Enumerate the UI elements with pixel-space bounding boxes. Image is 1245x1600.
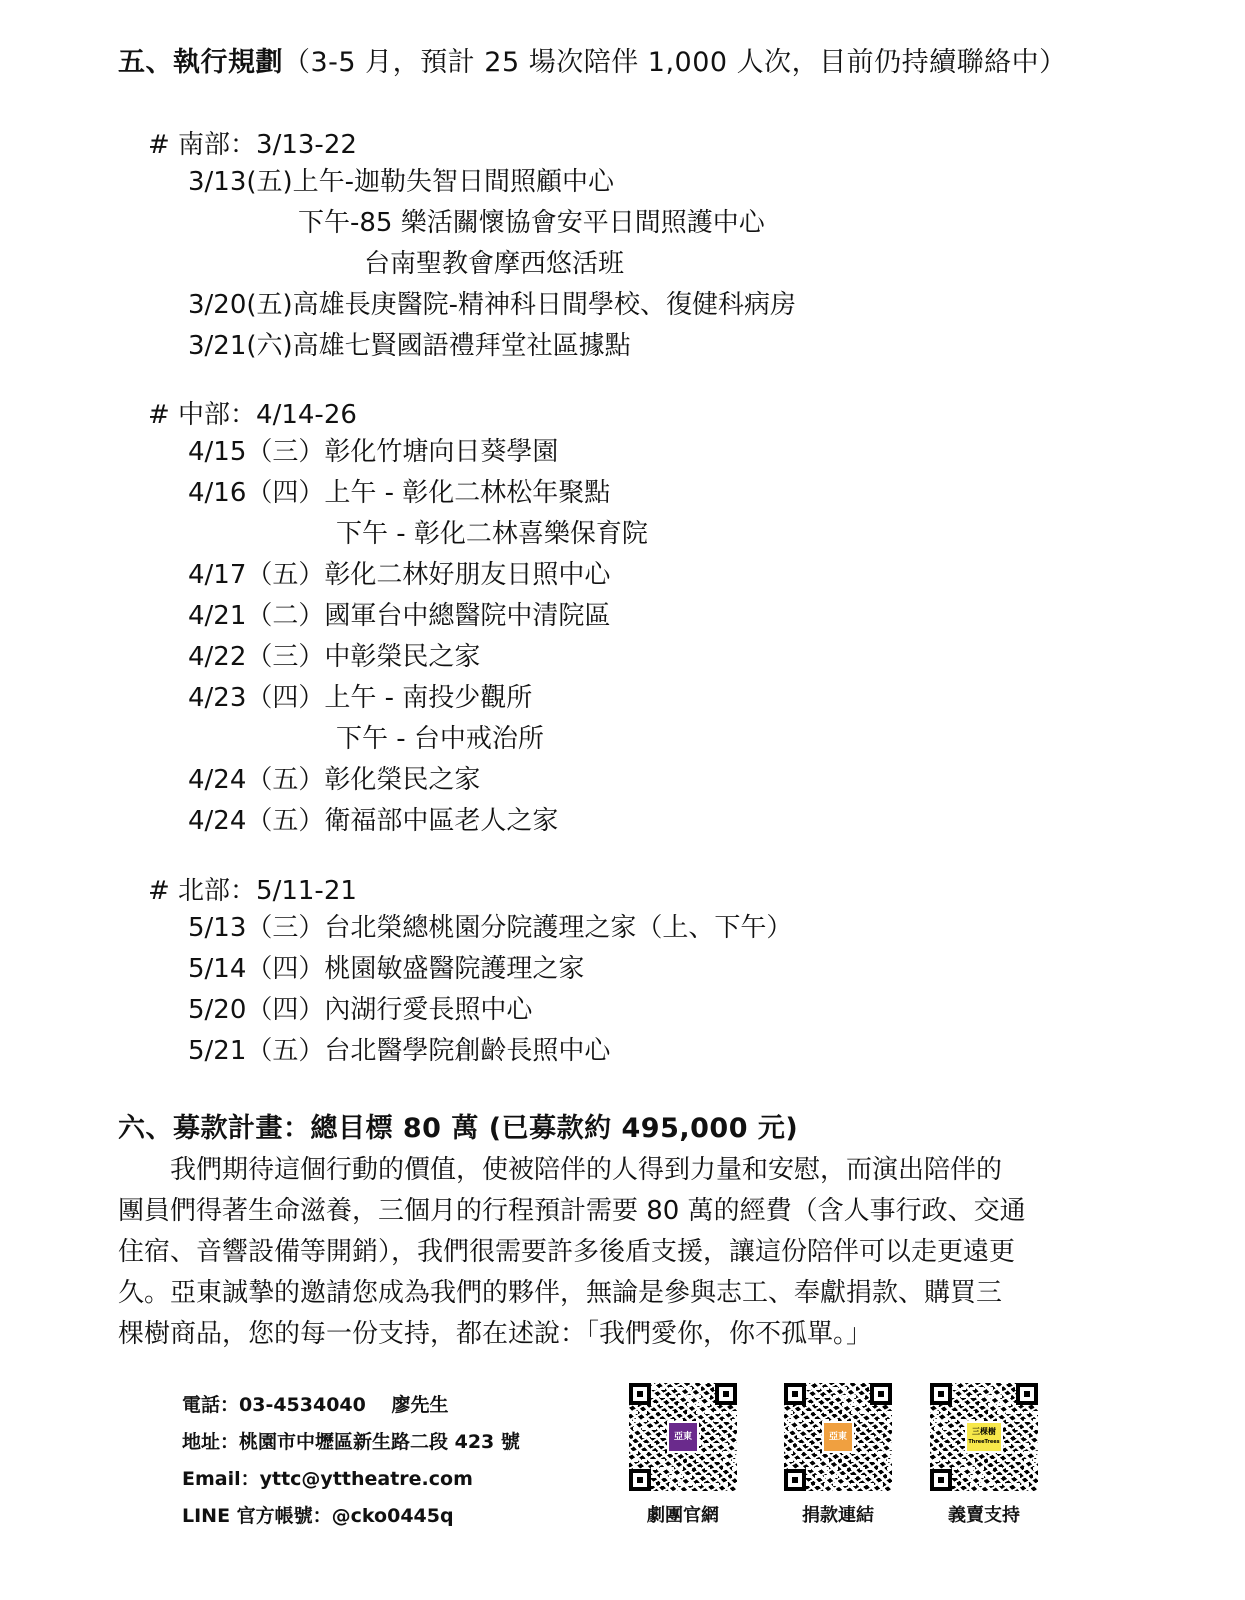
contact-phone: 電話：03-4534040 廖先生 (182, 1390, 448, 1417)
schedule-row: 5/14（四）桃園敏盛醫院護理之家 (188, 953, 584, 985)
qr-code-donation[interactable]: 亞東 (784, 1383, 892, 1491)
qr-label-charity-sale: 義賣支持 (928, 1501, 1040, 1527)
schedule-row: 3/20(五)高雄長庚醫院-精神科日間學校、復健科病房 (188, 289, 796, 321)
paragraph-line: 棵樹商品，您的每一份支持，都在述說：「我們愛你，你不孤單。」 (118, 1314, 1108, 1355)
paragraph-line: 久。亞東誠摯的邀請您成為我們的夥伴，無論是參與志工、奉獻捐款、購買三 (118, 1273, 1108, 1314)
region-heading-central: # 中部：4/14-26 (148, 394, 357, 431)
schedule-row: 下午 - 彰化二林喜樂保育院 (336, 518, 648, 550)
schedule-row: 4/22（三）中彰榮民之家 (188, 641, 480, 673)
schedule-row: 4/24（五）衛福部中區老人之家 (188, 805, 558, 837)
qr-code-website[interactable]: 亞東 (629, 1383, 737, 1491)
schedule-row: 下午 - 台中戒治所 (336, 723, 544, 755)
region-heading-north: # 北部：5/11-21 (148, 870, 357, 907)
section-5-title: 五、執行規劃 (118, 47, 283, 78)
three-trees-logo-icon: 三棵樹 ThreeTrees (965, 1421, 1003, 1453)
contact-email[interactable]: Email：yttc@yttheatre.com (182, 1464, 473, 1491)
section-5-heading: 五、執行規劃（3-5 月，預計 25 場次陪伴 1,000 人次，目前仍持續聯絡… (118, 40, 1067, 79)
paragraph-line: 我們期待這個行動的價值，使被陪伴的人得到力量和安慰，而演出陪伴的 (118, 1150, 1108, 1191)
qr-block-website: 亞東 劇團官網 (627, 1383, 739, 1527)
qr-block-charity-sale: 三棵樹 ThreeTrees 義賣支持 (928, 1383, 1040, 1527)
qr-code-charity-sale[interactable]: 三棵樹 ThreeTrees (930, 1383, 1038, 1491)
theatre-logo-icon: 亞東 (667, 1421, 699, 1453)
schedule-row: 台南聖教會摩西悠活班 (364, 248, 624, 280)
section-6-heading: 六、募款計畫：總目標 80 萬 (已募款約 495,000 元) (118, 1106, 798, 1145)
schedule-row: 3/13(五)上午-迦勒失智日間照顧中心 (188, 166, 614, 198)
schedule-row: 4/21（二）國軍台中總醫院中清院區 (188, 600, 610, 632)
schedule-row: 4/15（三）彰化竹塘向日葵學園 (188, 436, 558, 468)
schedule-row: 5/20（四）內湖行愛長照中心 (188, 994, 532, 1026)
contact-line[interactable]: LINE 官方帳號：@cko0445q (182, 1501, 454, 1528)
schedule-row: 4/23（四）上午 - 南投少觀所 (188, 682, 532, 714)
contact-address: 地址：桃園市中壢區新生路二段 423 號 (182, 1427, 520, 1454)
qr-label-donation: 捐款連結 (782, 1501, 894, 1527)
schedule-row: 3/21(六)高雄七賢國語禮拜堂社區據點 (188, 330, 631, 362)
section-5-subtitle: （3-5 月，預計 25 場次陪伴 1,000 人次，目前仍持續聯絡中） (283, 47, 1067, 78)
fundraising-paragraph: 我們期待這個行動的價值，使被陪伴的人得到力量和安慰，而演出陪伴的 團員們得著生命… (118, 1150, 1108, 1355)
qr-block-donation: 亞東 捐款連結 (782, 1383, 894, 1527)
schedule-row: 5/13（三）台北榮總桃園分院護理之家（上、下午） (188, 912, 792, 944)
schedule-row: 4/17（五）彰化二林好朋友日照中心 (188, 559, 610, 591)
schedule-row: 4/16（四）上午 - 彰化二林松年聚點 (188, 477, 610, 509)
theatre-logo-icon: 亞東 (822, 1421, 854, 1453)
schedule-row: 4/24（五）彰化榮民之家 (188, 764, 480, 796)
schedule-row: 下午-85 樂活關懷協會安平日間照護中心 (298, 207, 765, 239)
paragraph-line: 住宿、音響設備等開銷），我們很需要許多後盾支援，讓這份陪伴可以走更遠更 (118, 1232, 1108, 1273)
region-heading-south: # 南部：3/13-22 (148, 124, 357, 161)
schedule-row: 5/21（五）台北醫學院創齡長照中心 (188, 1035, 610, 1067)
paragraph-line: 團員們得著生命滋養，三個月的行程預計需要 80 萬的經費（含人事行政、交通 (118, 1191, 1108, 1232)
qr-label-website: 劇團官網 (627, 1501, 739, 1527)
